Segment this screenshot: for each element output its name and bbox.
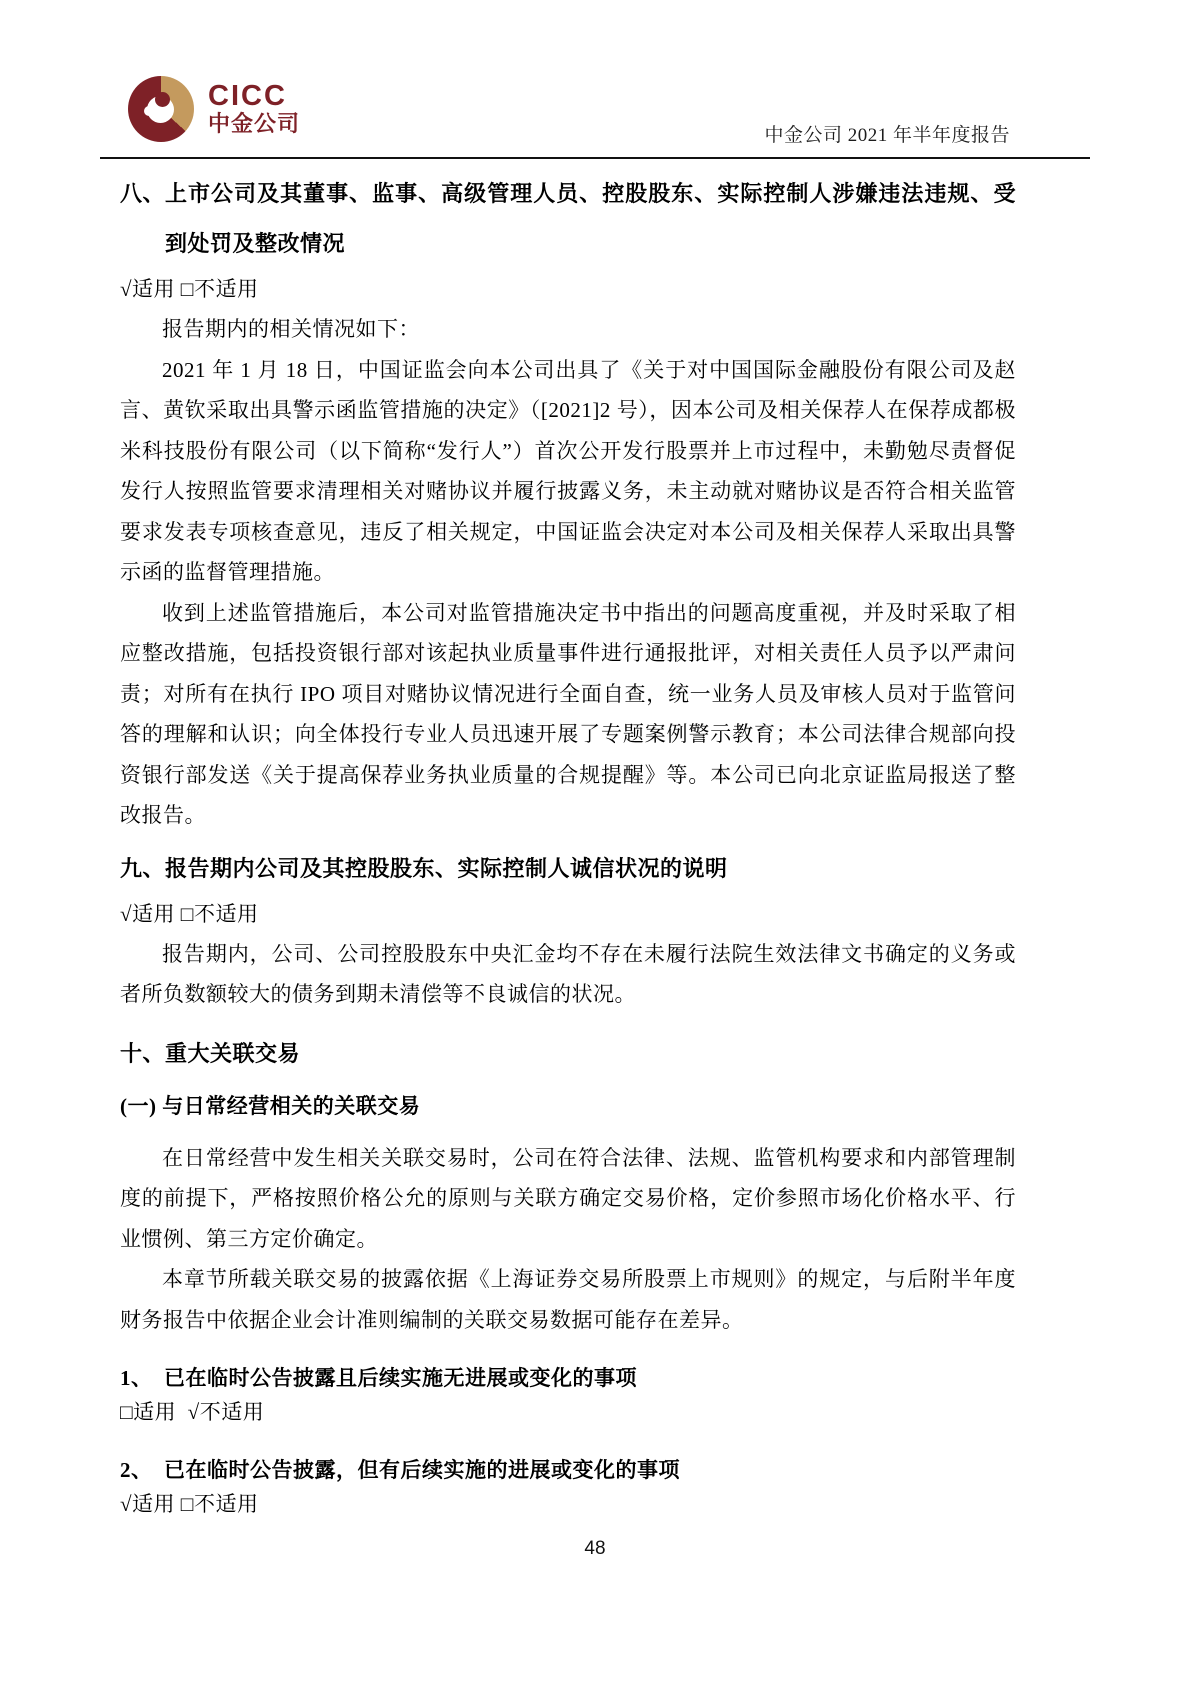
section-8-number: 八、	[120, 169, 165, 269]
logo-brand-en: CICC	[208, 82, 300, 111]
section-9-number: 九、	[120, 844, 165, 894]
logo-brand-zh: 中金公司	[208, 111, 300, 137]
section-10-number: 十、	[120, 1029, 165, 1079]
subsection-1-paragraph-2: 本章节所载关联交易的披露依据《上海证券交易所股票上市规则》的规定，与后附半年度财…	[120, 1259, 1016, 1340]
item-2-applicability: √适用 □不适用	[120, 1487, 1016, 1521]
item-1-number: 1、	[120, 1361, 164, 1395]
section-9-title: 报告期内公司及其控股股东、实际控制人诚信状况的说明	[165, 844, 1016, 894]
section-9-applicability: √适用 □不适用	[120, 894, 1016, 934]
subsection-1-heading: (一) 与日常经营相关的关联交易	[120, 1086, 1016, 1126]
item-2-title: 已在临时公告披露，但有后续实施的进展或变化的事项	[164, 1453, 680, 1487]
document-body: 八、 上市公司及其董事、监事、高级管理人员、控股股东、实际控制人涉嫌违法违规、受…	[120, 157, 1016, 1521]
section-10-heading: 十、 重大关联交易	[120, 1029, 1016, 1079]
section-9-heading: 九、 报告期内公司及其控股股东、实际控制人诚信状况的说明	[120, 844, 1016, 894]
item-1-applicability: □适用 √不适用	[120, 1395, 1016, 1429]
logo-tail-shape	[144, 106, 154, 116]
section-8-intro: 报告期内的相关情况如下：	[120, 309, 1016, 350]
report-title: 中金公司 2021 年半年度报告	[764, 120, 1010, 147]
item-2-heading: 2、 已在临时公告披露，但有后续实施的进展或变化的事项	[120, 1453, 1016, 1487]
section-8-applicability: √适用 □不适用	[120, 269, 1016, 309]
section-9-paragraph-1: 报告期内，公司、公司控股股东中央汇金均不存在未履行法院生效法律文书确定的义务或者…	[120, 934, 1016, 1015]
section-8-title: 上市公司及其董事、监事、高级管理人员、控股股东、实际控制人涉嫌违法违规、受到处罚…	[165, 169, 1016, 269]
page-number: 48	[0, 1538, 1190, 1560]
item-2-number: 2、	[120, 1453, 164, 1487]
item-1-heading: 1、 已在临时公告披露且后续实施无进展或变化的事项	[120, 1361, 1016, 1395]
subsection-1-paragraph-1: 在日常经营中发生相关关联交易时，公司在符合法律、法规、监管机构要求和内部管理制度…	[120, 1138, 1016, 1260]
page-header: CICC 中金公司 中金公司 2021 年半年度报告	[100, 0, 1090, 159]
section-10-title: 重大关联交易	[165, 1029, 1016, 1079]
item-1-title: 已在临时公告披露且后续实施无进展或变化的事项	[164, 1361, 637, 1395]
section-8-paragraph-1: 2021 年 1 月 18 日，中国证监会向本公司出具了《关于对中国国际金融股份…	[120, 350, 1016, 593]
logo-wordmark: CICC 中金公司	[208, 82, 300, 137]
section-8-heading: 八、 上市公司及其董事、监事、高级管理人员、控股股东、实际控制人涉嫌违法违规、受…	[120, 169, 1016, 269]
section-8-paragraph-2: 收到上述监管措施后，本公司对监管措施决定书中指出的问题高度重视，并及时采取了相应…	[120, 593, 1016, 836]
logo-swirl-shape	[155, 92, 170, 107]
report-page: CICC 中金公司 中金公司 2021 年半年度报告 八、 上市公司及其董事、监…	[0, 0, 1190, 1683]
cicc-logo-icon	[128, 76, 194, 142]
cicc-logo: CICC 中金公司	[128, 76, 300, 142]
